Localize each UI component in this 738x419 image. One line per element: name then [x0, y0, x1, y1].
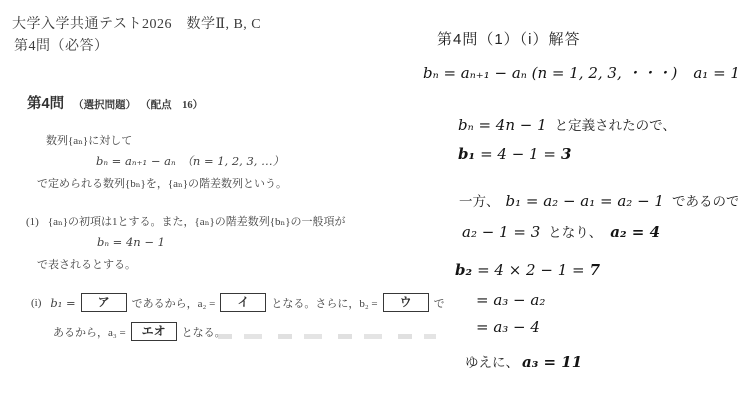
- solution-step8: ゆえに、 a₃ = 11: [465, 351, 582, 371]
- step3-text1: 一方、: [459, 190, 500, 210]
- solution-recall-line: bₙ = aₙ₊₁ − aₙ (n = 1, 2, 3, ・・・) a₁ = 1: [423, 62, 738, 83]
- intro-formula: bₙ = aₙ₊₁ − aₙ （n = 1, 2, 3, …）: [96, 153, 284, 169]
- item-i-text1: であるから，a₂ =: [132, 295, 216, 311]
- intro-lead: 数列{aₙ}に対して: [46, 132, 132, 148]
- recall-formula: bₙ = aₙ₊₁ − aₙ (n = 1, 2, 3, ・・・): [423, 62, 677, 83]
- blank-box-a: ア: [81, 293, 127, 312]
- item-i-line2-text1: あるから，a₃ =: [53, 324, 126, 340]
- solution-step3: 一方、 b₁ = a₂ − a₁ = a₂ − 1 であるので、: [459, 190, 738, 210]
- item-i-label: (i): [31, 297, 41, 309]
- step8-result: a₃ = 11: [522, 353, 582, 371]
- scan-artifact: [218, 334, 436, 339]
- step1-text: と定義されたので、: [555, 114, 676, 134]
- blank-box-eo: エオ: [131, 322, 177, 341]
- exam-source-line1: 大学入学共通テスト2026 数学Ⅱ, B, C: [12, 13, 261, 33]
- solution-step6: = a₃ − a₂: [476, 291, 545, 309]
- step3-text2: であるので、: [672, 190, 738, 210]
- problem-heading-note-selection: （選択問題）: [73, 97, 136, 112]
- problem-heading-note-points: （配点 16）: [140, 97, 203, 112]
- item-i-text2: となる。さらに，b₂ =: [271, 295, 377, 311]
- part1-formula: bₙ = 4n − 1: [97, 235, 165, 249]
- step2-lhs: b₁: [458, 145, 475, 163]
- step8-text: ゆえに、: [465, 351, 519, 371]
- item-i-line2: あるから，a₃ = エオ となる。: [53, 322, 226, 341]
- step1-math: bₙ = 4n − 1: [458, 116, 547, 134]
- item-i-eq-b1: b₁ =: [50, 296, 75, 310]
- step4-math: a₂ − 1 = 3: [462, 223, 540, 241]
- solution-step5: b₂ = 4 × 2 − 1 = 7: [455, 261, 600, 279]
- step3-math: b₁ = a₂ − a₁ = a₂ − 1: [506, 192, 664, 210]
- exam-page: 大学入学共通テスト2026 数学Ⅱ, B, C 第4問（必答） 第4問 （選択問…: [0, 0, 738, 419]
- solution-step2: b₁ = 4 − 1 = 3: [458, 145, 571, 163]
- problem-heading: 第4問 （選択問題） （配点 16）: [27, 92, 203, 113]
- step4-text: となり、: [548, 221, 602, 241]
- step4-result: a₂ = 4: [610, 223, 660, 241]
- recall-initial-value: a₁ = 1: [693, 64, 738, 82]
- solution-step7: = a₃ − 4: [476, 318, 540, 336]
- solution-region: 第4問（1）（i）解答 bₙ = aₙ₊₁ − aₙ (n = 1, 2, 3,…: [420, 0, 738, 419]
- intro-tail: で定められる数列{bₙ}を，{aₙ}の階差数列という。: [37, 175, 287, 191]
- exam-scan-region: 大学入学共通テスト2026 数学Ⅱ, B, C 第4問（必答） 第4問 （選択問…: [0, 0, 420, 419]
- solution-step1: bₙ = 4n − 1 と定義されたので、: [458, 114, 676, 134]
- step2-result: 3: [561, 145, 571, 163]
- solution-title: 第4問（1）（i）解答: [437, 28, 581, 49]
- step5-result: 7: [590, 261, 600, 279]
- step5-lhs: b₂: [455, 261, 472, 279]
- part1-text: {aₙ}の初項は1とする。また，{aₙ}の階差数列{bₙ}の一般項が: [48, 213, 346, 229]
- part1-label: (1): [26, 216, 39, 228]
- solution-step4: a₂ − 1 = 3 となり、 a₂ = 4: [462, 221, 660, 241]
- blank-box-i: イ: [220, 293, 266, 312]
- step5-mid: = 4 × 2 − 1 =: [477, 261, 585, 279]
- exam-source-line2: 第4問（必答）: [14, 35, 109, 55]
- problem-heading-title: 第4問: [27, 92, 64, 113]
- item-i-line1: (i) b₁ = ア であるから，a₂ = イ となる。さらに，b₂ = ウ で: [31, 293, 445, 312]
- part1-tail: で表されるとする。: [37, 256, 136, 272]
- part1-line: (1) {aₙ}の初項は1とする。また，{aₙ}の階差数列{bₙ}の一般項が: [26, 213, 346, 229]
- step2-mid: = 4 − 1 =: [480, 145, 556, 163]
